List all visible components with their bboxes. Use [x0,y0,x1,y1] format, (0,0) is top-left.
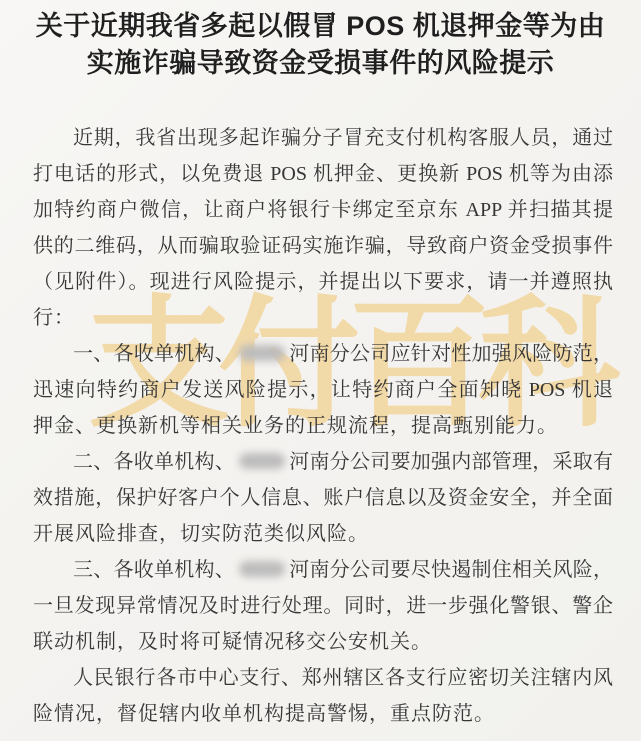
text-segment: 河南分公司应针对性加强风险防范， [289,343,613,365]
document-title: 关于近期我省多起以假冒 POS 机退押金等为由实施诈骗导致资金受损事件的风险提示 [0,0,641,82]
text-segment: 加特约商户微信，让商户将银行卡绑定至京东 APP 并扫描其提 [33,199,613,221]
redacted-company-name [239,561,285,577]
text-line: 二、各收单机构、河南分公司要加强内部管理，采取有 [33,444,613,480]
text-line: 一、各收单机构、河南分公司应针对性加强风险防范， [33,336,613,372]
text-segment: 押金、更换新机等相关业务的正规流程，提高甄别能力。 [33,415,558,437]
redacted-company-name [239,453,285,469]
text-line: 人民银行各市中心支行、郑州辖区各支行应密切关注辖内风 [33,660,613,696]
text-segment: 河南分公司要尽快遏制住相关风险， [289,559,613,581]
text-line: 一旦发现异常情况及时进行处理。同时，进一步强化警银、警企 [33,588,613,624]
text-line: 三、各收单机构、河南分公司要尽快遏制住相关风险， [33,552,613,588]
text-line: 行： [33,300,613,336]
title-line: 关于近期我省多起以假冒 POS 机退押金等为由 [0,8,641,45]
text-line: （见附件）。现进行风险提示，并提出以下要求，请一并遵照执 [33,264,613,300]
text-segment: 供的二维码，从而骗取验证码实施诈骗，导致商户资金受损事件 [33,235,613,257]
text-segment: 三、各收单机构、 [73,559,235,581]
text-line: 联动机制，及时将可疑情况移交公安机关。 [33,624,613,660]
text-line: 开展风险排查，切实防范类似风险。 [33,516,613,552]
text-line: 迅速向特约商户发送风险提示，让特约商户全面知晓 POS 机退 [33,372,613,408]
text-line: 押金、更换新机等相关业务的正规流程，提高甄别能力。 [33,408,613,444]
text-segment: 迅速向特约商户发送风险提示，让特约商户全面知晓 POS 机退 [33,379,613,401]
text-segment: 行： [33,307,75,329]
text-segment: （见附件）。现进行风险提示，并提出以下要求，请一并遵照执 [33,271,613,293]
text-line: 加特约商户微信，让商户将银行卡绑定至京东 APP 并扫描其提 [33,192,613,228]
text-segment: 一、各收单机构、 [73,343,235,365]
redacted-company-name [239,345,285,361]
text-line: 效措施，保护好客户个人信息、账户信息以及资金安全，并全面 [33,480,613,516]
document-content: 关于近期我省多起以假冒 POS 机退押金等为由实施诈骗导致资金受损事件的风险提示… [0,0,641,732]
text-segment: 险情况，督促辖内收单机构提高警惕，重点防范。 [33,703,495,725]
text-segment: 联动机制，及时将可疑情况移交公安机关。 [33,631,432,653]
text-line: 供的二维码，从而骗取验证码实施诈骗，导致商户资金受损事件 [33,228,613,264]
text-segment: 二、各收单机构、 [73,451,235,473]
text-line: 险情况，督促辖内收单机构提高警惕，重点防范。 [33,696,613,732]
text-segment: 开展风险排查，切实防范类似风险。 [33,523,369,545]
text-segment: 近期，我省出现多起诈骗分子冒充支付机构客服人员，通过 [73,127,613,149]
text-segment: 打电话的形式，以免费退 POS 机押金、更换新 POS 机等为由添 [33,163,613,185]
title-line: 实施诈骗导致资金受损事件的风险提示 [0,45,641,82]
text-segment: 效措施，保护好客户个人信息、账户信息以及资金安全，并全面 [33,487,613,509]
text-segment: 一旦发现异常情况及时进行处理。同时，进一步强化警银、警企 [33,595,613,617]
text-line: 近期，我省出现多起诈骗分子冒充支付机构客服人员，通过 [33,120,613,156]
document-body: 近期，我省出现多起诈骗分子冒充支付机构客服人员，通过打电话的形式，以免费退 PO… [0,120,641,732]
text-segment: 河南分公司要加强内部管理，采取有 [289,451,613,473]
text-segment: 人民银行各市中心支行、郑州辖区各支行应密切关注辖内风 [73,667,613,689]
document-page: 支付百科 关于近期我省多起以假冒 POS 机退押金等为由实施诈骗导致资金受损事件… [0,0,641,741]
text-line: 打电话的形式，以免费退 POS 机押金、更换新 POS 机等为由添 [33,156,613,192]
